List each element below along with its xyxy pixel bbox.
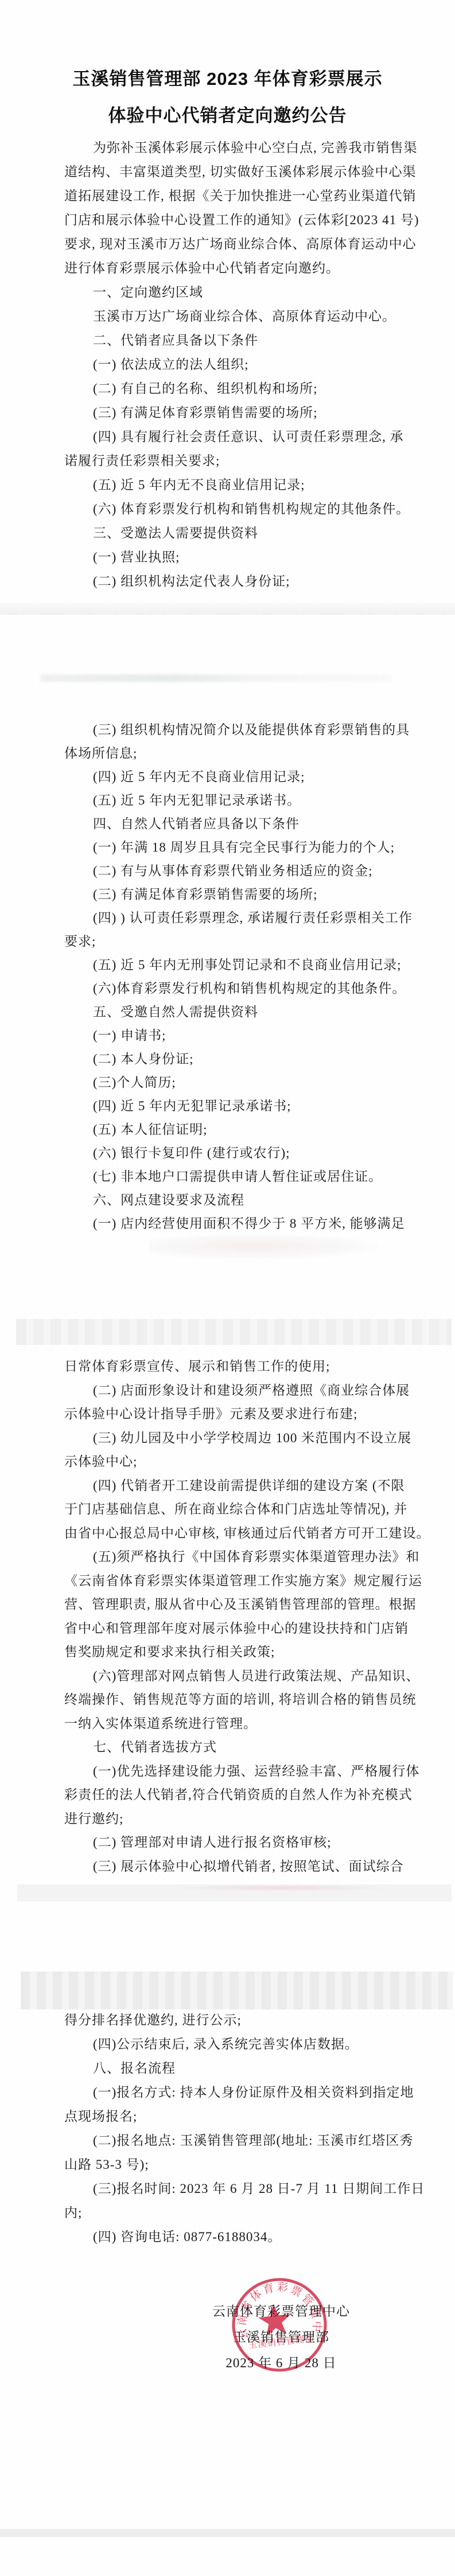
text-line: 营、管理职责, 服从省中心及玉溪销售管理部的管理。根据: [64, 1593, 396, 1617]
text-line: 于门店基础信息、所在商业综合体和门店选址等情况), 并: [64, 1497, 396, 1521]
scan-artifact-pink-smear: [172, 1884, 390, 1891]
text-line: (三) 展示体验中心拟增代销者, 按照笔试、面试综合: [64, 1855, 396, 1879]
text-line: (二) 组织机构法定代表人身份证;: [64, 569, 396, 594]
text-line: 《云南省体育彩票实体渠道管理工作实施方案》规定履行运: [64, 1569, 396, 1593]
text-line: (一) 年满 18 周岁且具有完全民事行为能力的个人;: [64, 836, 396, 859]
section-heading: 二、代销者应具备以下条件: [64, 329, 396, 353]
section-heading: 四、自然人代销者应具备以下条件: [64, 812, 396, 836]
text-line: 要求, 现对玉溪市万达广场商业综合体、高原体育运动中心: [64, 232, 396, 256]
text-line: (四) 近 5 年内无犯罪记录承诺书;: [64, 1094, 396, 1118]
page-1-body: 为弥补玉溪体彩展示体验中心空白点, 完善我市销售渠道结构、丰富渠道类型, 切实做…: [64, 136, 396, 594]
text-line: (五) 近 5 年内无不良商业信用记录;: [64, 473, 396, 497]
scan-artifact-page-edge-5: [0, 2529, 455, 2537]
text-line: (五) 本人征信证明;: [64, 1118, 396, 1141]
text-line: (四) 具有履行社会责任意识、认可责任彩票理念, 承: [64, 425, 396, 449]
scan-artifact-smudge-2: [149, 1234, 379, 1259]
scan-artifact-page-edge-2: [16, 1319, 452, 1345]
section-heading: 七、代销者选拔方式: [64, 1735, 396, 1759]
text-line: 点现场报名;: [64, 2105, 396, 2129]
text-line: 体场所信息;: [64, 741, 396, 765]
text-line: (四) 咨询电话: 0877-6188034。: [64, 2225, 396, 2249]
text-line: 示体验中心;: [64, 1450, 396, 1474]
text-line: 售奖励规定和要求来执行相关政策;: [64, 1640, 396, 1664]
text-line: 彩责任的法人代销者,符合代销资质的自然人作为补充模式: [64, 1783, 396, 1807]
document-title-line2: 体验中心代销者定向邀约公告: [29, 97, 426, 134]
text-line: (三)个人简历;: [64, 1071, 396, 1094]
text-line: 为弥补玉溪体彩展示体验中心空白点, 完善我市销售渠: [64, 136, 396, 160]
text-line: (一)报名方式: 持本人身份证原件及相关资料到指定地: [64, 2081, 396, 2105]
text-line: 省中心和管理部年度对展示体验中心的建设扶持和门店销: [64, 1617, 396, 1641]
text-line: (一) 申请书;: [64, 1024, 396, 1047]
text-line: (四) ) 认可责任彩票理念, 承诺履行责任彩票相关工作: [64, 906, 396, 930]
document-title: 玉溪销售管理部 2023 年体育彩票展示 体验中心代销者定向邀约公告: [29, 61, 426, 134]
text-line: 道拓展建设工作, 根据《关于加快推进一心堂药业渠道代销: [64, 184, 396, 208]
text-line: (一) 营业执照;: [64, 545, 396, 569]
scan-artifact-page-edge-4: [21, 1972, 453, 2009]
text-line: (二) 本人身份证;: [64, 1047, 396, 1071]
text-line: 终端操作、销售规范等方面的培训, 将培训合格的销售员统: [64, 1688, 396, 1712]
text-line: 进行体育彩票展示体验中心代销者定向邀约。: [64, 256, 396, 280]
scanned-announcement-document: 玉溪销售管理部 2023 年体育彩票展示 体验中心代销者定向邀约公告 为弥补玉溪…: [0, 0, 455, 2576]
text-line: 山路 53-3 号);: [64, 2153, 396, 2177]
page-3-body: 日常体育彩票宣传、展示和销售工作的使用;(二) 店面形象设计和建设须严格遵照《商…: [64, 1355, 396, 1878]
text-line: 要求;: [64, 930, 396, 953]
text-line: 由省中心报总局中心审核, 审核通过后代销者方可开工建设。: [64, 1521, 396, 1545]
signature-block: 云南体育彩票管理中心 玉溪销售管理部 2023 年 6 月 28 日: [184, 2298, 379, 2376]
signature-date: 2023 年 6 月 28 日: [184, 2350, 379, 2376]
text-line: 玉溪市万达广场商业综合体、高原体育运动中心。: [64, 305, 396, 329]
text-line: (二)报名地点: 玉溪销售管理部(地址: 玉溪市红塔区秀: [64, 2129, 396, 2153]
text-line: 一纳入实体渠道系统进行管理。: [64, 1712, 396, 1736]
text-line: (二) 有与从事体育彩票代销业务相适应的资金;: [64, 859, 396, 883]
text-line: (一)优先选择建设能力强、运营经验丰富、严格履行体: [64, 1759, 396, 1783]
section-heading: 六、网点建设要求及流程: [64, 1188, 396, 1212]
text-line: (三) 有满足体育彩票销售需要的场所;: [64, 883, 396, 906]
text-line: (一) 依法成立的法人组织;: [64, 353, 396, 377]
text-line: 日常体育彩票宣传、展示和销售工作的使用;: [64, 1355, 396, 1379]
text-line: 进行邀约;: [64, 1807, 396, 1831]
text-line: (四) 代销者开工建设前需提供详细的建设方案 (不限: [64, 1474, 396, 1498]
text-line: (六)管理部对网点销售人员进行政策法规、产品知识、: [64, 1664, 396, 1688]
text-line: (三) 组织机构情况简介以及能提供体育彩票销售的具: [64, 718, 396, 741]
text-line: (一) 店内经营使用面积不得少于 8 平方米, 能够满足: [64, 1212, 396, 1235]
page-2-body: (三) 组织机构情况简介以及能提供体育彩票销售的具体场所信息;(四) 近 5 年…: [64, 718, 396, 1235]
text-line: (七) 非本地户口需提供申请人暂住证或居住证。: [64, 1165, 396, 1188]
section-heading: 五、受邀自然人需提供资料: [64, 1000, 396, 1024]
text-line: 内;: [64, 2201, 396, 2225]
text-line: 得分排名择优邀约, 进行公示;: [64, 2008, 396, 2032]
page-4-body: 得分排名择优邀约, 进行公示;(四)公示结束后, 录入系统完善实体店数据。八、报…: [64, 2008, 396, 2249]
section-heading: 三、受邀法人需要提供资料: [64, 521, 396, 545]
text-line: (六) 体育彩票发行机构和销售机构规定的其他条件。: [64, 497, 396, 521]
text-line: (五)须严格执行《中国体育彩票实体渠道管理办法》和: [64, 1545, 396, 1569]
text-line: (三)报名时间: 2023 年 6 月 28 日-7 月 11 日期间工作日: [64, 2177, 396, 2201]
text-line: (二) 管理部对申请人进行报名资格审核;: [64, 1830, 396, 1855]
scan-artifact-page-edge-1: [0, 602, 455, 615]
signature-org-line2: 玉溪销售管理部: [184, 2324, 379, 2350]
text-line: 示体验中心设计指导手册》元素及要求进行布建;: [64, 1402, 396, 1426]
text-line: (四) 近 5 年内无不良商业信用记录;: [64, 765, 396, 789]
scan-artifact-smudge-1: [40, 674, 392, 682]
section-heading: 八、报名流程: [64, 2056, 396, 2081]
text-line: (三) 有满足体育彩票销售需要的场所;: [64, 401, 396, 425]
section-heading: 一、定向邀约区域: [64, 280, 396, 305]
text-line: (三) 幼儿园及中小学学校周边 100 米范围内不设立展: [64, 1426, 396, 1450]
text-line: (二) 有自己的名称、组织机构和场所;: [64, 377, 396, 401]
text-line: (六) 银行卡复印件 (建行或农行);: [64, 1141, 396, 1165]
text-line: 诺履行责任彩票相关要求;: [64, 449, 396, 473]
text-line: (五) 近 5 年内无刑事处罚记录和不良商业信用记录;: [64, 953, 396, 977]
text-line: (五) 近 5 年内无犯罪记录承诺书。: [64, 789, 396, 812]
document-title-line1: 玉溪销售管理部 2023 年体育彩票展示: [29, 61, 426, 97]
text-line: (六)体育彩票发行机构和销售机构规定的其他条件。: [64, 977, 396, 1000]
text-line: (四)公示结束后, 录入系统完善实体店数据。: [64, 2032, 396, 2056]
scan-artifact-page-edge-3: [17, 1884, 452, 1902]
signature-org-line1: 云南体育彩票管理中心: [184, 2298, 379, 2324]
text-line: 门店和展示体验中心设置工作的通知》(云体彩[2023 41 号): [64, 208, 396, 232]
text-line: (二) 店面形象设计和建设须严格遵照《商业综合体展: [64, 1379, 396, 1403]
text-line: 道结构、丰富渠道类型, 切实做好玉溪体彩展示体验中心渠: [64, 160, 396, 184]
